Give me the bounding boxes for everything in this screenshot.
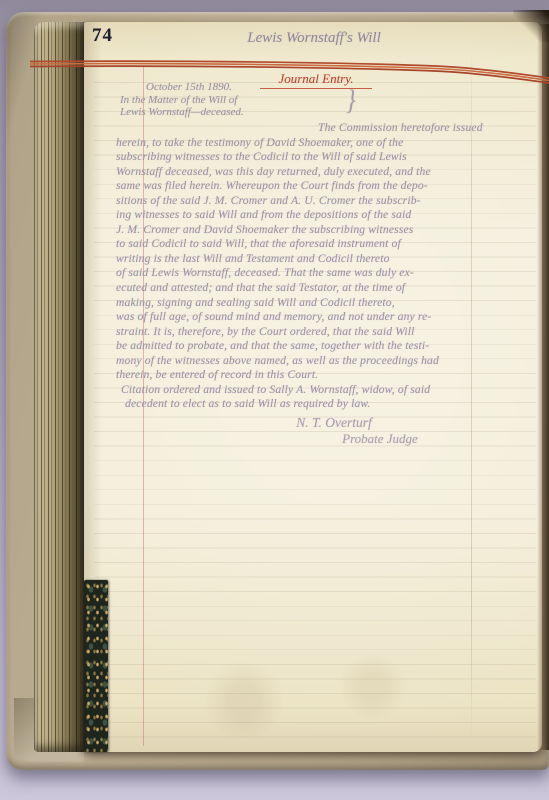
caption-brace: } xyxy=(346,85,356,117)
caption-date: October 15th 1890. xyxy=(120,81,244,94)
judge-title: Probate Judge xyxy=(280,431,480,447)
transcript-line: ecuted and attested; and that the said T… xyxy=(116,281,540,296)
transcript-line: Wornstaff deceased, was this day returne… xyxy=(116,165,540,180)
transcript-line: J. M. Cromer and David Shoemaker the sub… xyxy=(116,223,540,238)
transcript-line: Citation ordered and issued to Sally A. … xyxy=(116,383,540,398)
transcript-line: decedent to elect as to said Will as req… xyxy=(116,397,540,412)
transcript-line: mony of the witnesses above named, as we… xyxy=(116,354,540,369)
transcript-line: therein, be entered of record in this Co… xyxy=(116,368,540,383)
transcript-line: was of full age, of sound mind and memor… xyxy=(116,310,540,325)
transcript-line: be admitted to probate, and that the sam… xyxy=(116,339,540,354)
judge-signature: N. T. Overturf xyxy=(234,415,434,431)
page-number: 74 xyxy=(92,25,113,47)
transcript-line: ing witnesses to said Will and from the … xyxy=(116,208,540,223)
journal-entry-text: The Commission heretofore issuedherein, … xyxy=(116,121,540,412)
marbled-endpaper xyxy=(84,580,108,752)
transcript-line: to said Codicil to said Will, that the a… xyxy=(116,237,540,252)
transcript-line: sitions of the said J. M. Cromer and A. … xyxy=(116,194,540,209)
transcript-line: The Commission heretofore issued xyxy=(116,121,540,136)
transcript-line: same was filed herein. Whereupon the Cou… xyxy=(116,179,540,194)
transcript-line: of said Lewis Wornstaff, deceased. That … xyxy=(116,266,540,281)
transcript-line: herein, to take the testimony of David S… xyxy=(116,136,540,151)
running-title: Lewis Wornstaff's Will xyxy=(174,30,454,47)
transcript-line: subscribing witnesses to the Codicil to … xyxy=(116,150,540,165)
caption-line-1: In the Matter of the Will of xyxy=(120,94,244,107)
caption-line-2: Lewis Wornstaff—deceased. xyxy=(120,106,244,119)
transcript-line: straint. It is, therefore, by the Court … xyxy=(116,325,540,340)
right-page-curl xyxy=(537,24,549,750)
transcript-line: writing is the last Will and Testament a… xyxy=(116,252,540,267)
photographed-ledger: 74 Lewis Wornstaff's Will Journal Entry.… xyxy=(0,0,549,800)
top-right-shadow xyxy=(513,10,549,42)
ledger-page: 74 Lewis Wornstaff's Will Journal Entry.… xyxy=(84,22,542,752)
transcript-line: making, signing and sealing said Will an… xyxy=(116,296,540,311)
page-edge-stack xyxy=(34,22,86,752)
case-caption: October 15th 1890. In the Matter of the … xyxy=(120,81,244,119)
